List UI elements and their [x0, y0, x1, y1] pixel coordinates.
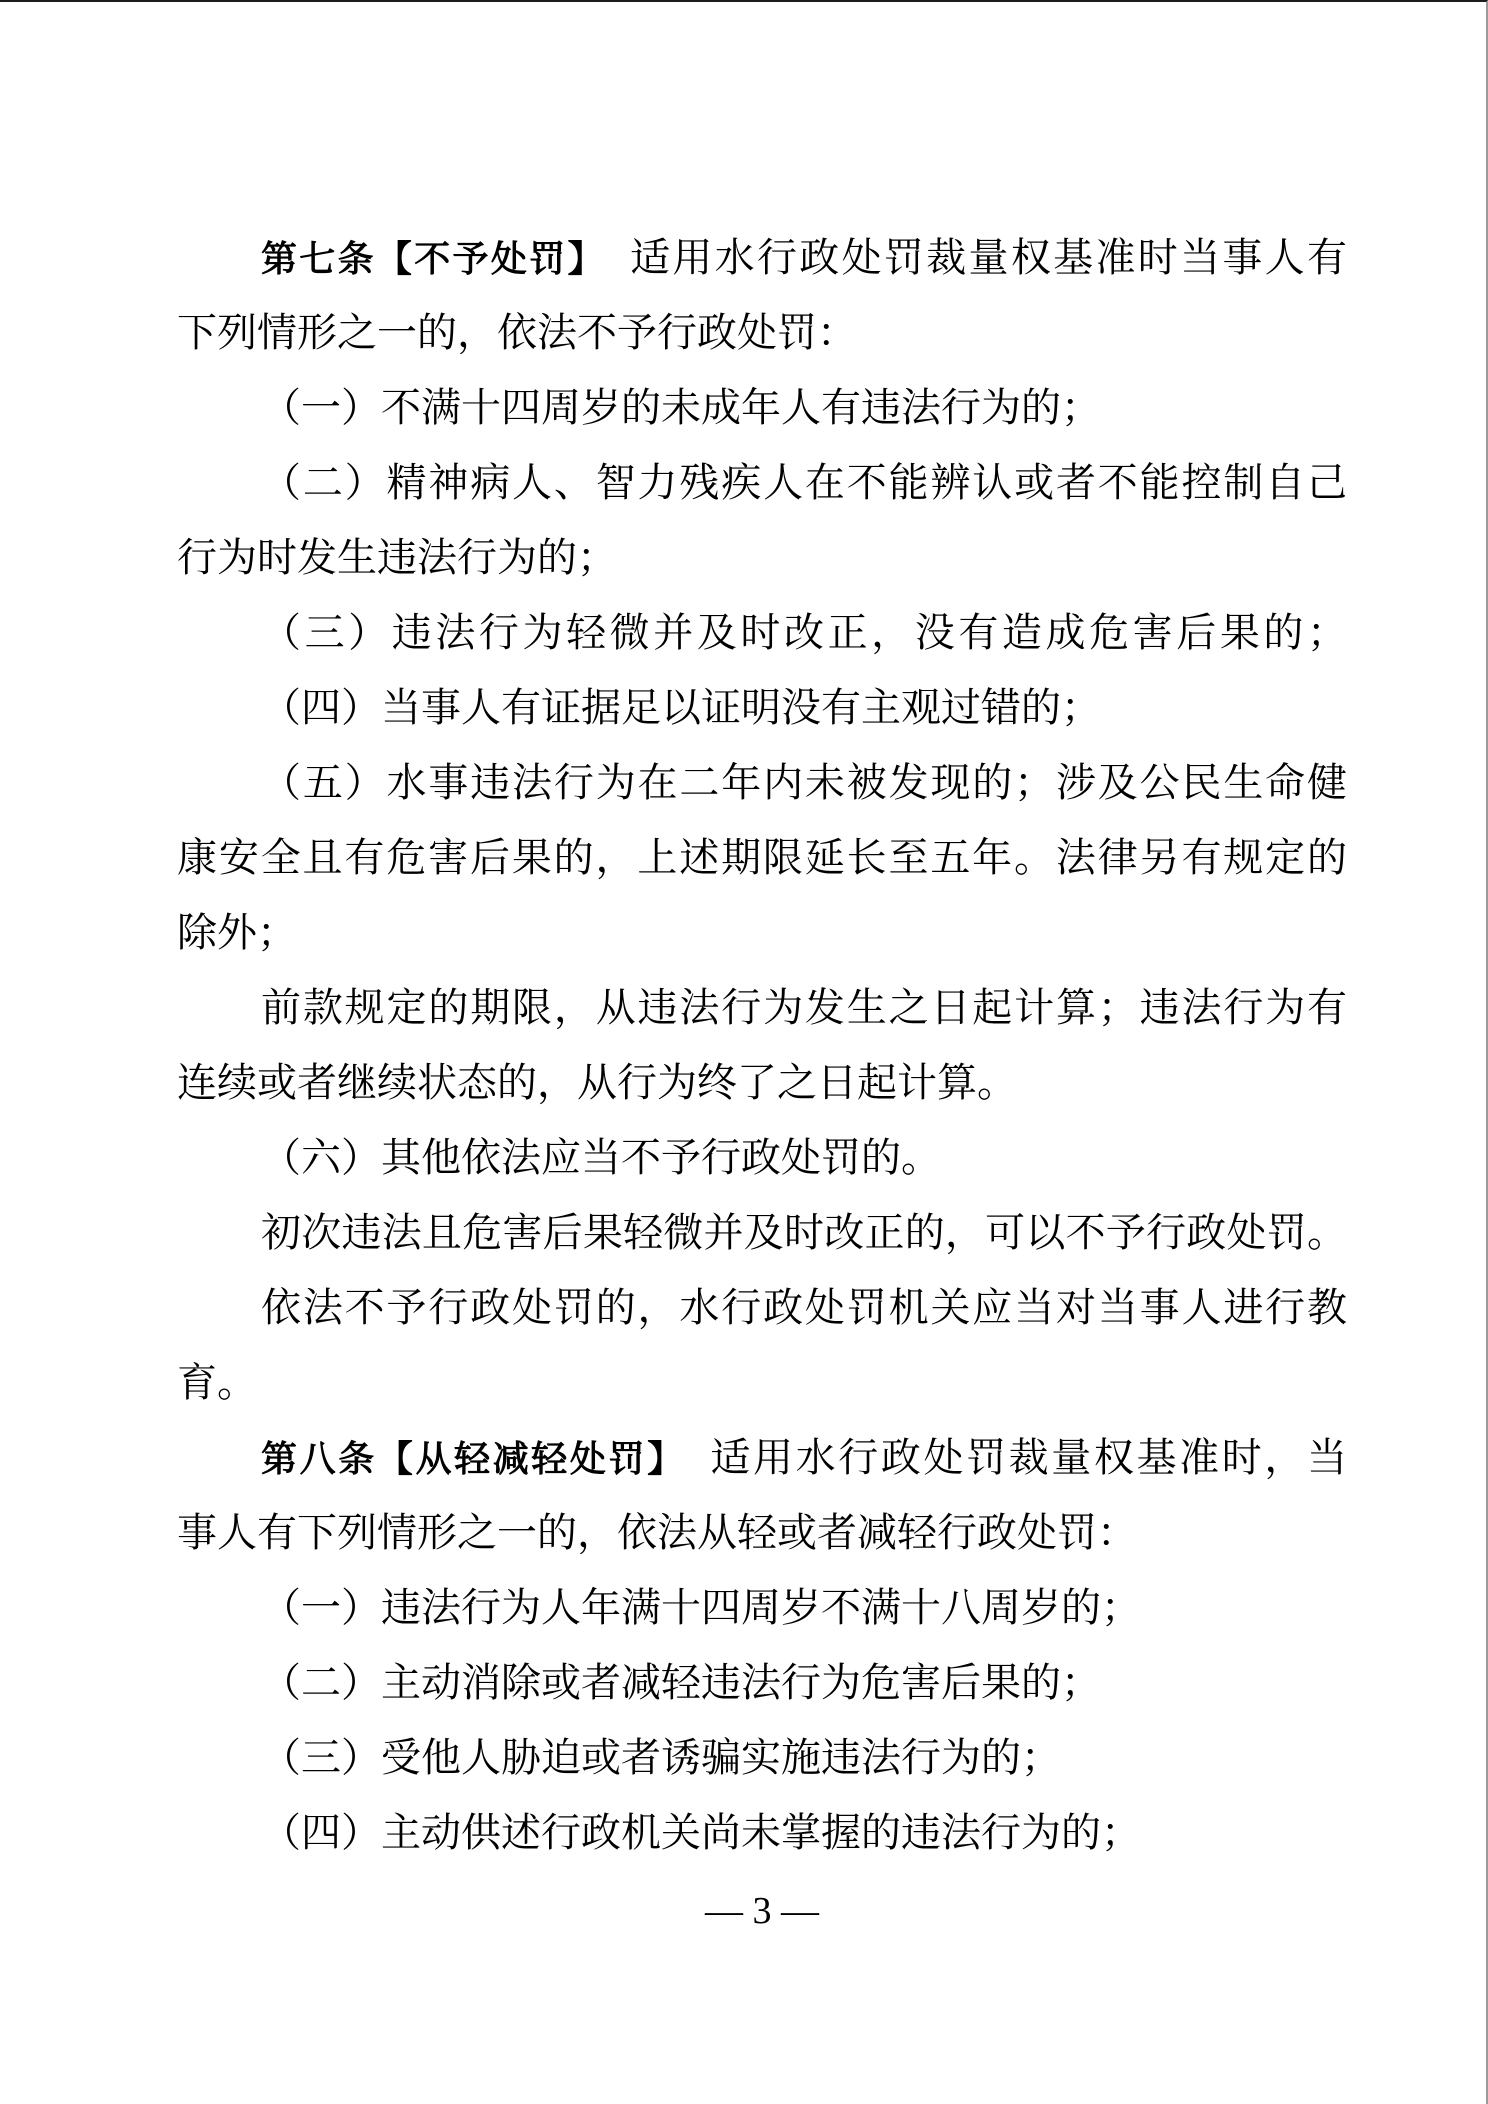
body-text-segment: （三）受他人胁迫或者诱骗实施违法行为的； [261, 1735, 1061, 1780]
body-text-segment: 康安全且有危害后果的，上述期限延长至五年。法律另有规定的 [177, 835, 1347, 880]
text-line: 事人有下列情形之一的，依法从轻或者减轻行政处罚： [177, 1495, 1347, 1570]
text-line: 育。 [177, 1345, 1347, 1420]
text-line: 第七条【不予处罚】 适用水行政处罚裁量权基准时当事人有 [177, 220, 1347, 295]
body-text-segment: （一）不满十四周岁的未成年人有违法行为的； [261, 385, 1101, 430]
text-line: （二）精神病人、智力残疾人在不能辨认或者不能控制自己 [177, 445, 1347, 520]
page-number: — 3 — [177, 1874, 1347, 1949]
text-line: （四）主动供述行政机关尚未掌握的违法行为的； [177, 1795, 1347, 1870]
text-line: 下列情形之一的，依法不予行政处罚： [177, 295, 1347, 370]
body-text-segment: 前款规定的期限，从违法行为发生之日起计算；违法行为有 [261, 985, 1347, 1030]
body-text-segment: 除外； [177, 910, 297, 955]
body-text-segment: （四）主动供述行政机关尚未掌握的违法行为的； [261, 1810, 1141, 1855]
text-line: （五）水事违法行为在二年内未被发现的；涉及公民生命健 [177, 745, 1347, 820]
text-line: 除外； [177, 895, 1347, 970]
body-text-segment: 连续或者继续状态的，从行为终了之日起计算。 [177, 1060, 1017, 1105]
body-text-segment: （三）违法行为轻微并及时改正，没有造成危害后果的； [261, 610, 1347, 655]
text-line: （三）受他人胁迫或者诱骗实施违法行为的； [177, 1720, 1347, 1795]
text-line: 依法不予行政处罚的，水行政处罚机关应当对当事人进行教 [177, 1270, 1347, 1345]
text-line: （六）其他依法应当不予行政处罚的。 [177, 1120, 1347, 1195]
body-text-segment: 下列情形之一的，依法不予行政处罚： [177, 310, 857, 355]
body-text-segment: 事人有下列情形之一的，依法从轻或者减轻行政处罚： [177, 1510, 1137, 1555]
text-line: 前款规定的期限，从违法行为发生之日起计算；违法行为有 [177, 970, 1347, 1045]
document-body: 第七条【不予处罚】 适用水行政处罚裁量权基准时当事人有下列情形之一的，依法不予行… [177, 220, 1347, 1870]
text-line: （一）违法行为人年满十四周岁不满十八周岁的； [177, 1570, 1347, 1645]
text-line: （二）主动消除或者减轻违法行为危害后果的； [177, 1645, 1347, 1720]
text-line: （三）违法行为轻微并及时改正，没有造成危害后果的； [177, 595, 1347, 670]
body-text-segment: （五）水事违法行为在二年内未被发现的；涉及公民生命健 [261, 760, 1347, 805]
body-text-segment: （二）主动消除或者减轻违法行为危害后果的； [261, 1660, 1101, 1705]
body-text-segment: 适用水行政处罚裁量权基准时当事人有 [588, 235, 1347, 280]
text-line: 初次违法且危害后果轻微并及时改正的，可以不予行政处罚。 [177, 1195, 1347, 1270]
body-text-segment: 育。 [177, 1360, 257, 1405]
body-text-segment: 依法不予行政处罚的，水行政处罚机关应当对当事人进行教 [261, 1285, 1347, 1330]
text-line: （四）当事人有证据足以证明没有主观过错的； [177, 670, 1347, 745]
body-text-segment: 适用水行政处罚裁量权基准时，当 [668, 1435, 1347, 1480]
body-text-segment: （六）其他依法应当不予行政处罚的。 [261, 1135, 941, 1180]
text-line: 连续或者继续状态的，从行为终了之日起计算。 [177, 1045, 1347, 1120]
body-text-segment: （二）精神病人、智力残疾人在不能辨认或者不能控制自己 [261, 460, 1347, 505]
article-heading-segment: 第七条【不予处罚】 [261, 238, 588, 279]
article-heading-segment: 第八条【从轻减轻处罚】 [261, 1438, 668, 1479]
body-text-segment: 行为时发生违法行为的； [177, 535, 617, 580]
body-text-segment: （四）当事人有证据足以证明没有主观过错的； [261, 685, 1101, 730]
document-page: 第七条【不予处罚】 适用水行政处罚裁量权基准时当事人有下列情形之一的，依法不予行… [0, 0, 1488, 2104]
text-line: 行为时发生违法行为的； [177, 520, 1347, 595]
body-text-segment: （一）违法行为人年满十四周岁不满十八周岁的； [261, 1585, 1141, 1630]
body-text-segment: 初次违法且危害后果轻微并及时改正的，可以不予行政处罚。 [261, 1210, 1347, 1255]
text-line: 第八条【从轻减轻处罚】 适用水行政处罚裁量权基准时，当 [177, 1420, 1347, 1495]
text-line: （一）不满十四周岁的未成年人有违法行为的； [177, 370, 1347, 445]
text-line: 康安全且有危害后果的，上述期限延长至五年。法律另有规定的 [177, 820, 1347, 895]
